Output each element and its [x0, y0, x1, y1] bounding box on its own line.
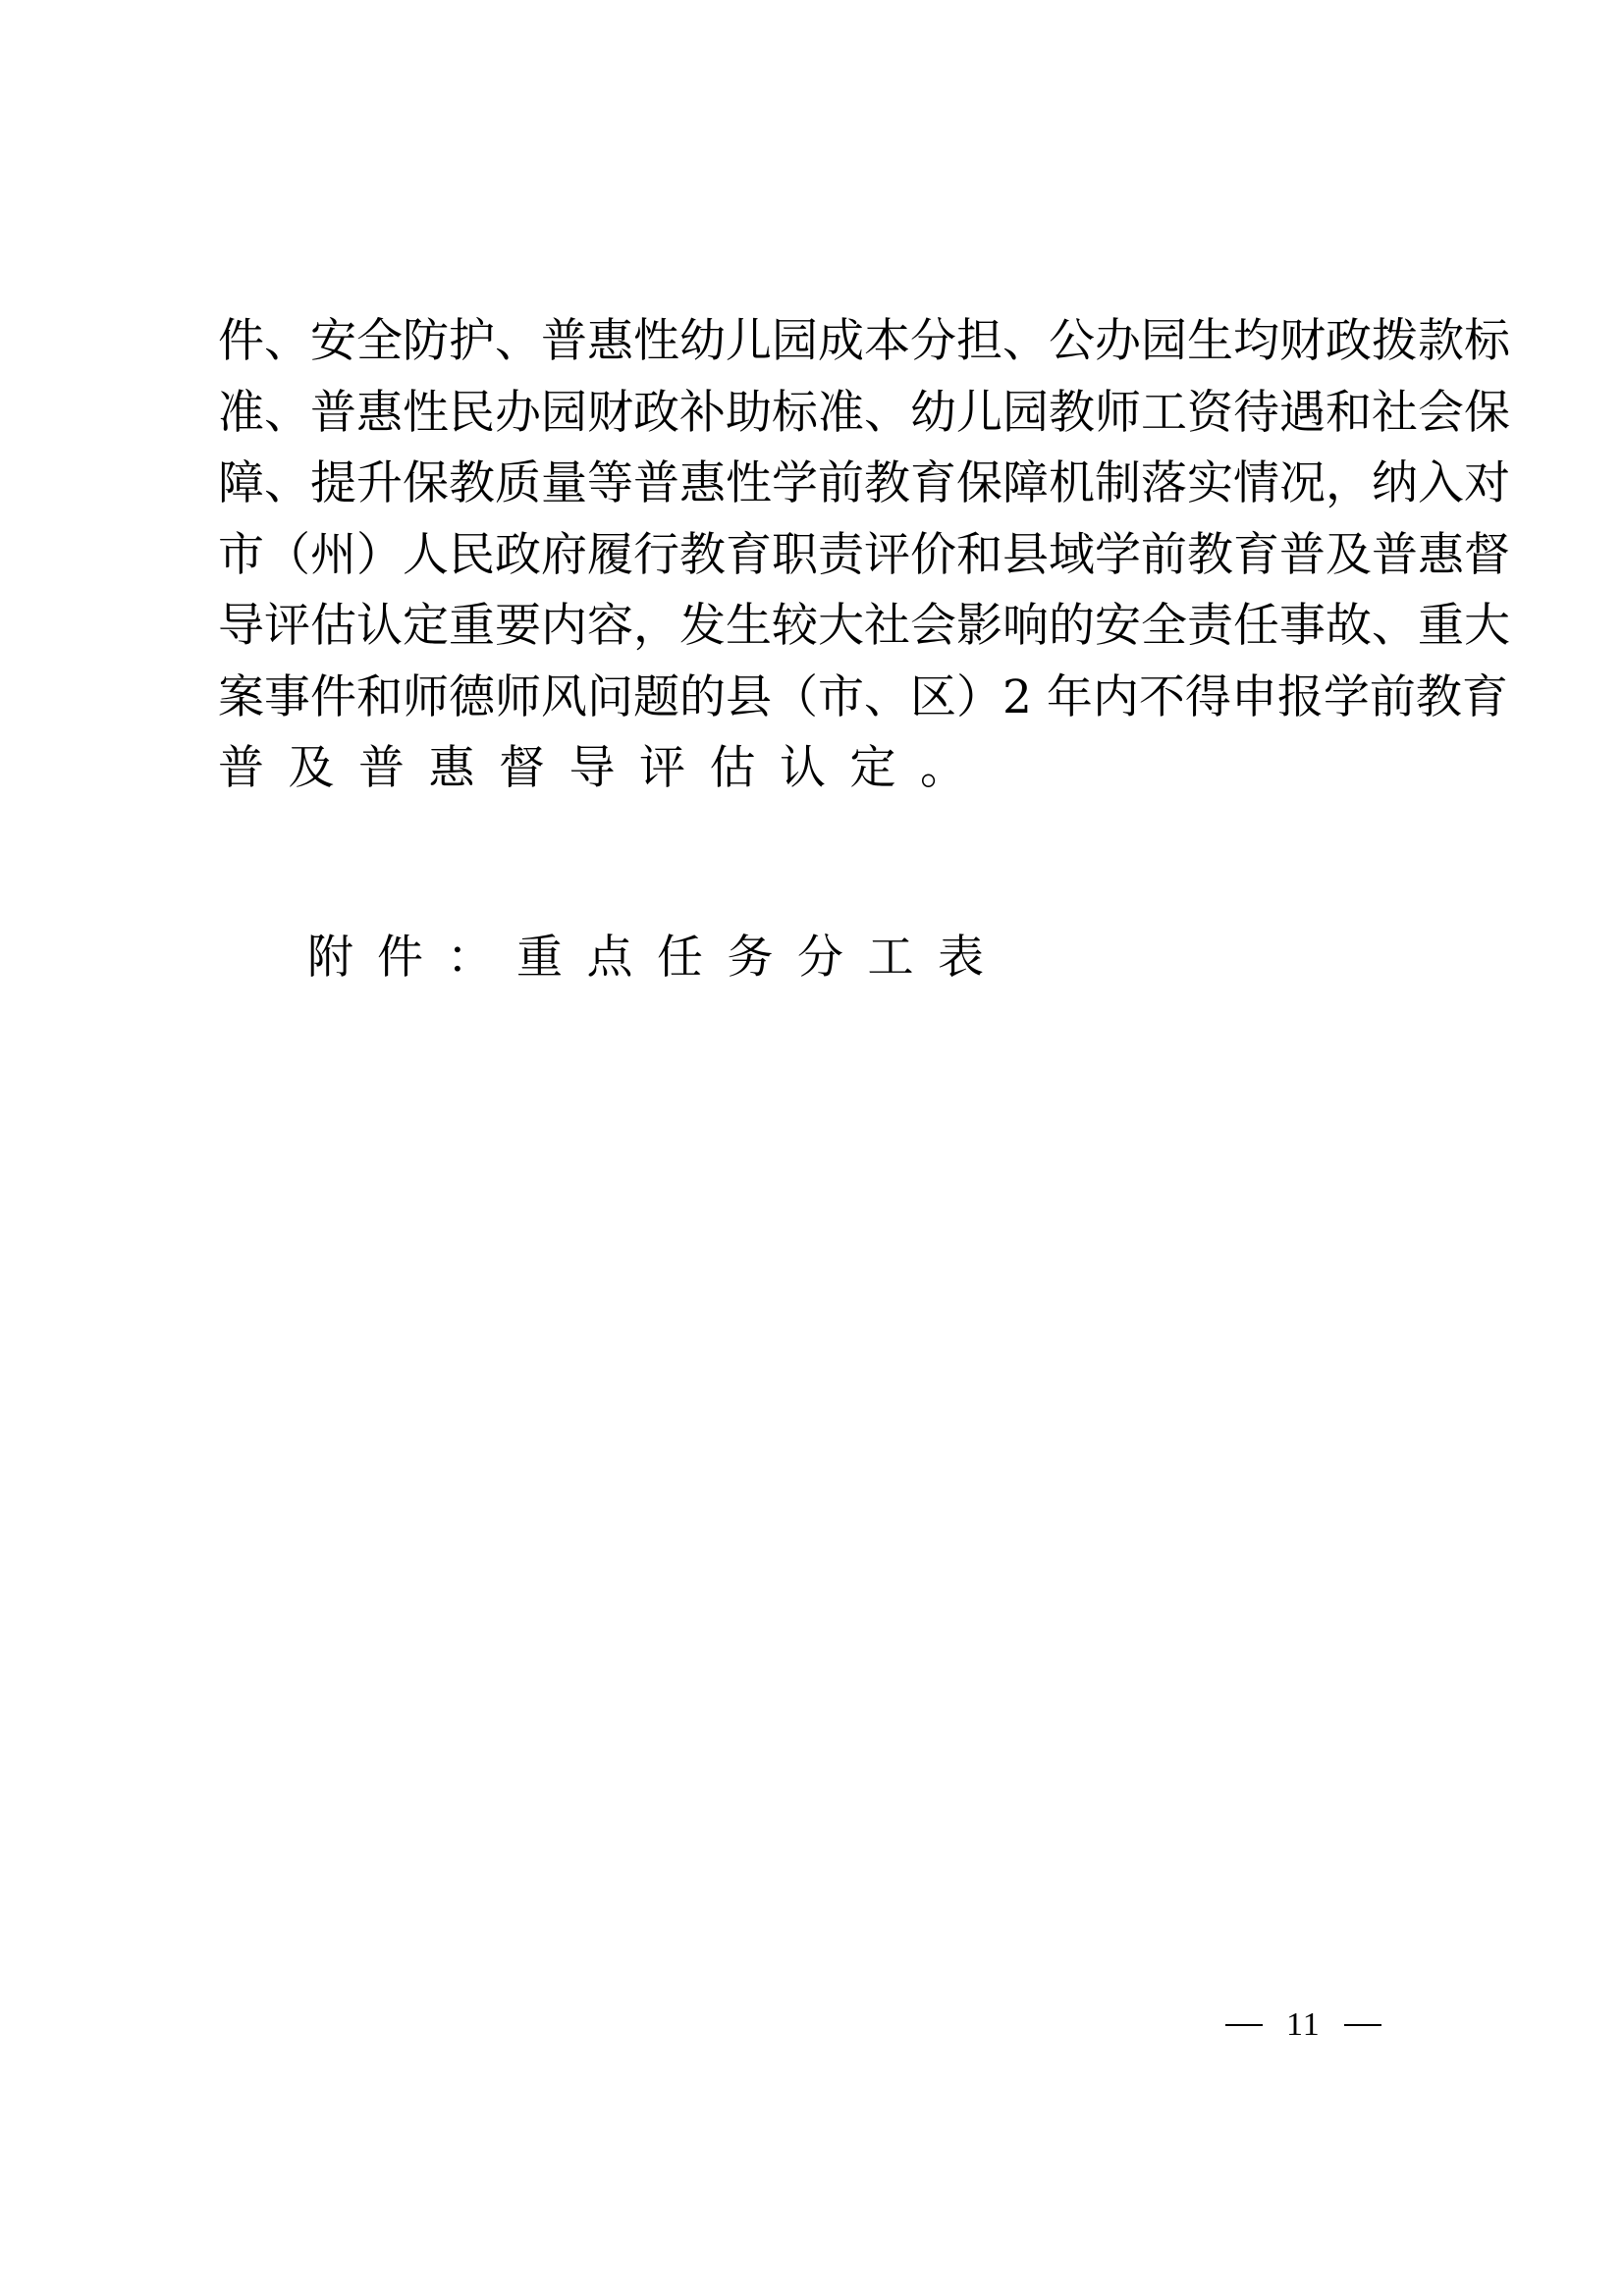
paragraph-line: 案事件和师德师风问题的县（市、区）2 年内不得申报学前教育	[218, 663, 1426, 734]
page-number: 11	[1225, 2001, 1381, 2050]
attachment-title: 重点任务分工表	[516, 931, 1008, 985]
page-number-dash-right	[1344, 2024, 1381, 2026]
paragraph-line: 普及普惠督导评估认定。	[218, 733, 1426, 805]
paragraph-line: 障、提升保教质量等普惠性学前教育保障机制落实情况，纳入对	[218, 449, 1426, 520]
paragraph-line: 件、安全防护、普惠性幼儿园成本分担、公办园生均财政拨款标	[218, 306, 1426, 378]
document-page: 件、安全防护、普惠性幼儿园成本分担、公办园生均财政拨款标 准、普惠性民办园财政补…	[0, 0, 1624, 2296]
paragraph-line: 准、普惠性民办园财政补助标准、幼儿园教师工资待遇和社会保	[218, 378, 1426, 450]
attachment-label: 附件：	[307, 931, 516, 985]
page-number-dash-left	[1225, 2024, 1263, 2026]
body-paragraph: 件、安全防护、普惠性幼儿园成本分担、公办园生均财政拨款标 准、普惠性民办园财政补…	[218, 306, 1426, 805]
page-number-value: 11	[1286, 2006, 1321, 2044]
paragraph-line: 市（州）人民政府履行教育职责评价和县域学前教育普及普惠督	[218, 520, 1426, 592]
paragraph-line: 导评估认定重要内容，发生较大社会影响的安全责任事故、重大	[218, 591, 1426, 663]
attachment-line: 附件：重点任务分工表	[307, 923, 1008, 994]
